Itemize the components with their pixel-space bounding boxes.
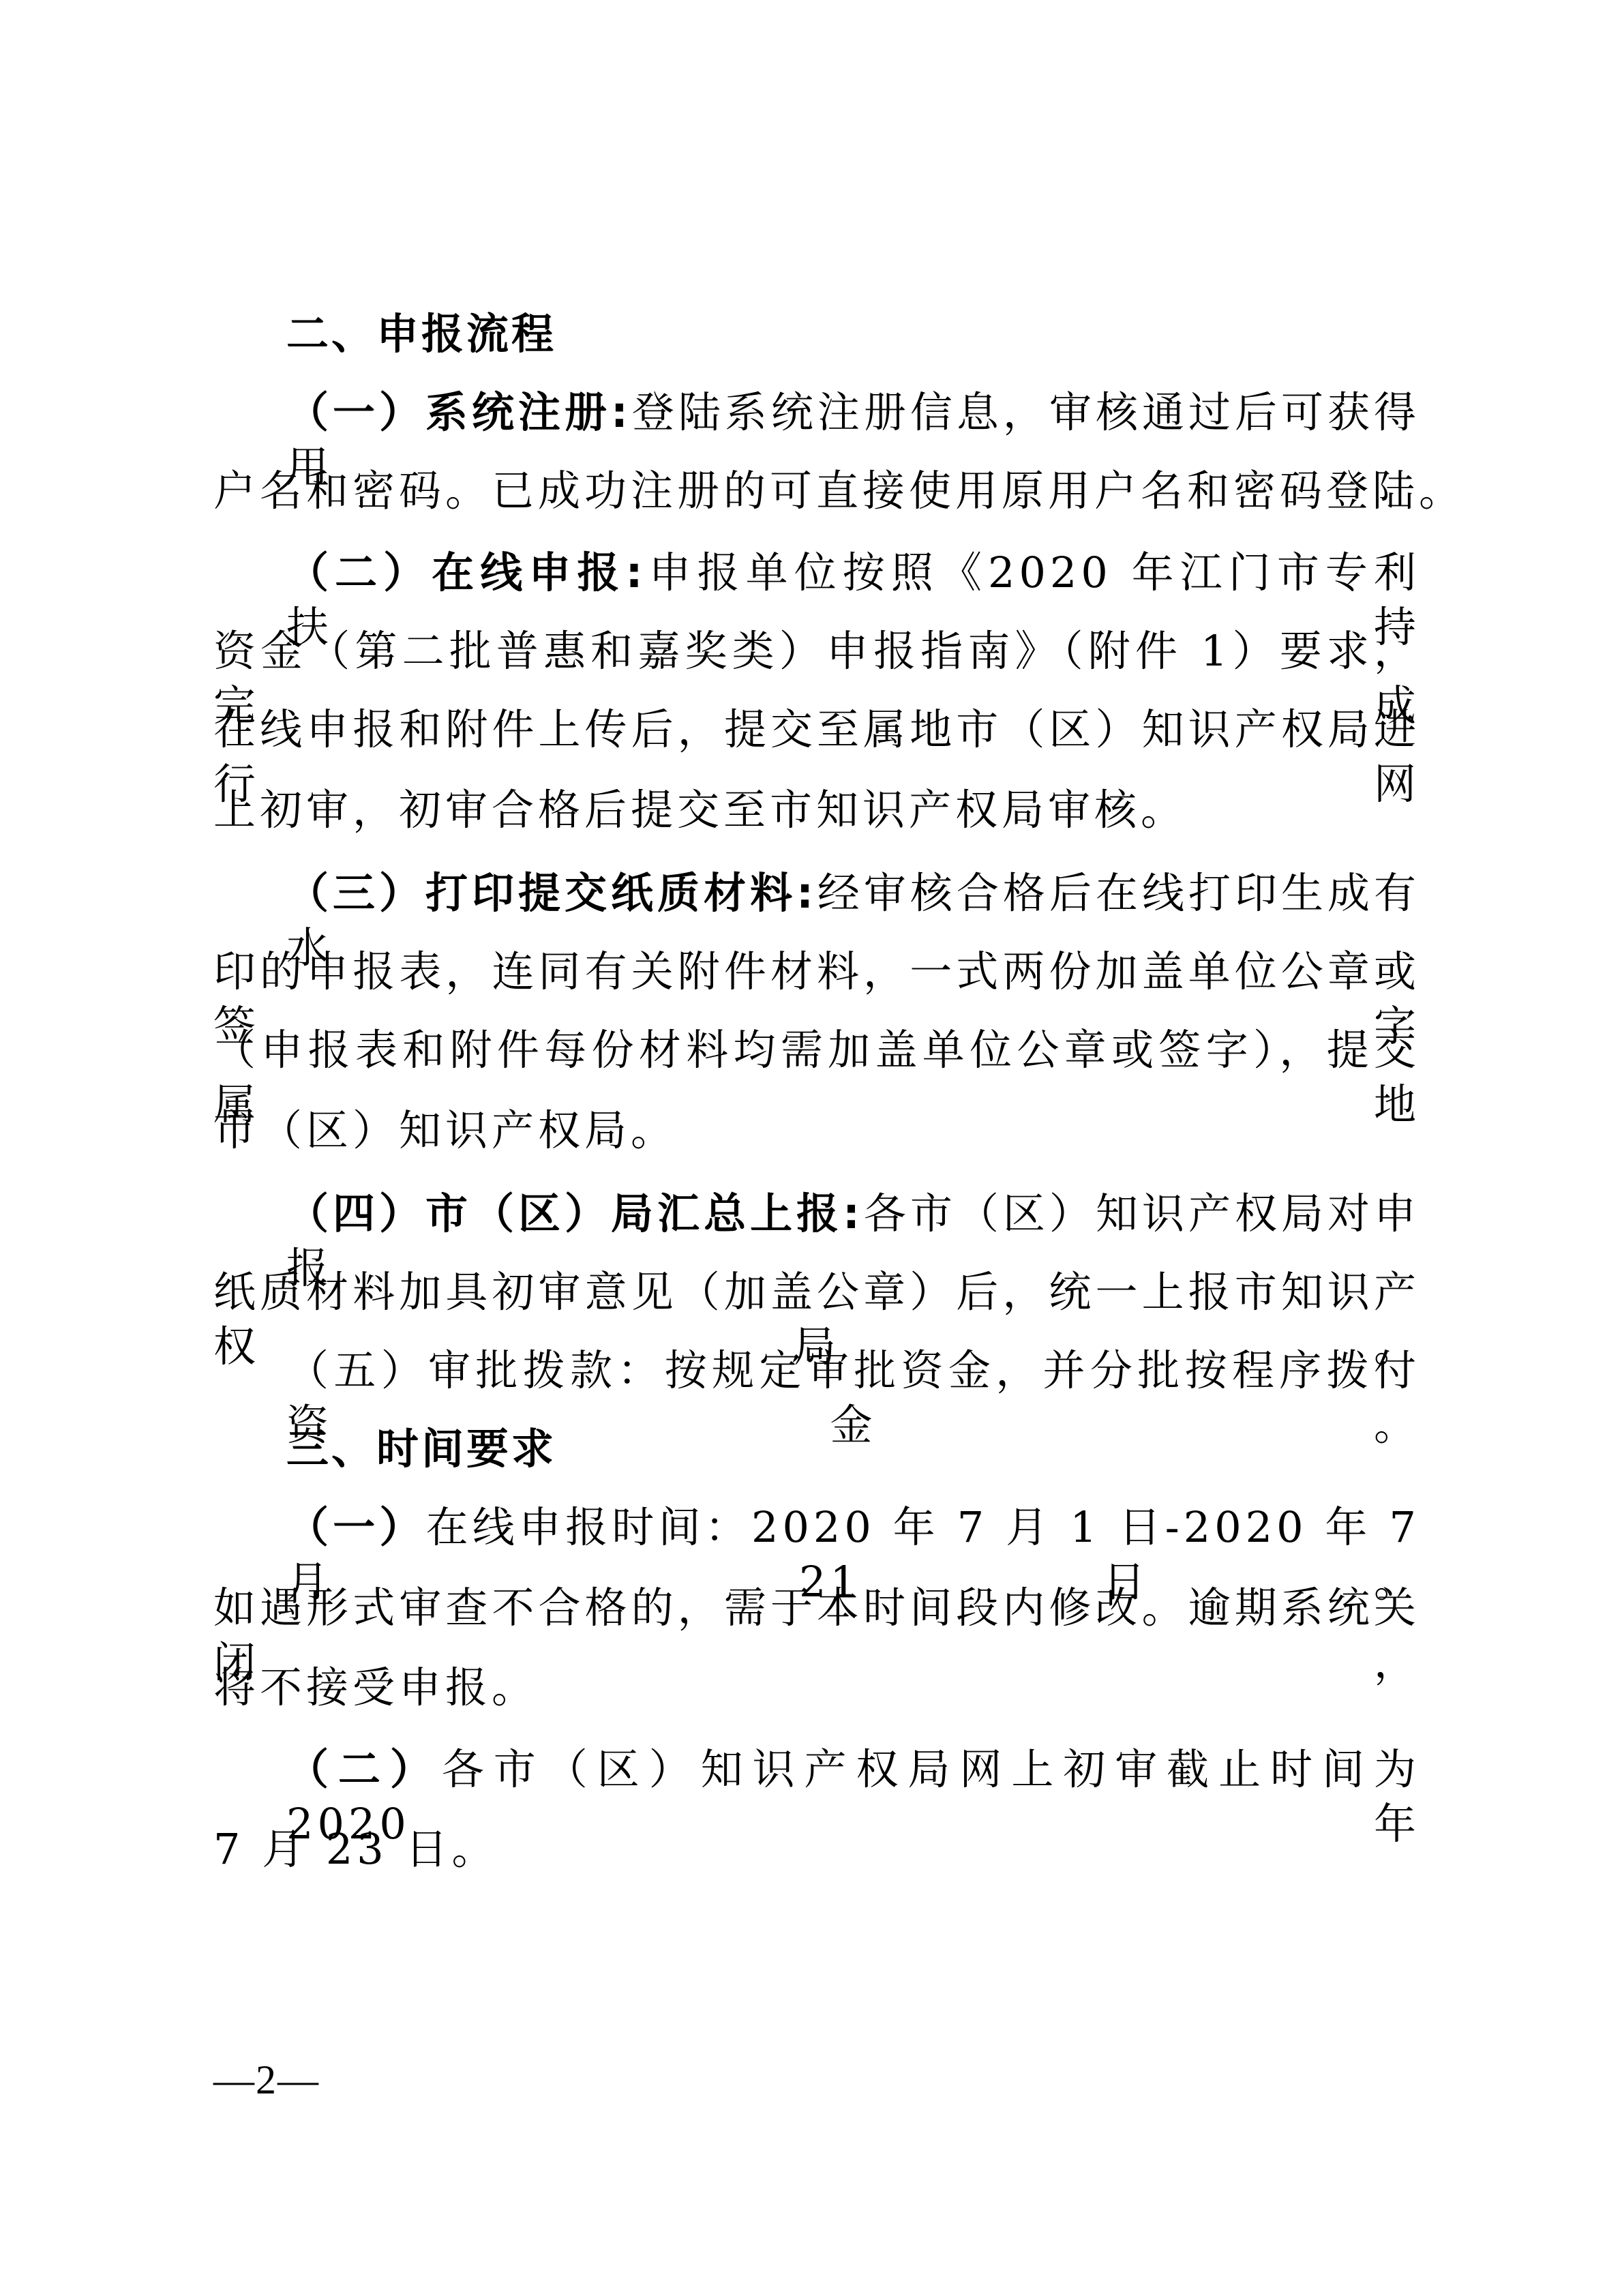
- paragraph-line: 上初审，初审合格后提交至市知识产权局审核。: [213, 783, 1420, 837]
- paragraph-line: 市（区）知识产权局。: [213, 1103, 1420, 1158]
- item-label: （二）: [286, 1744, 442, 1794]
- page-number: —2—: [213, 2053, 320, 2107]
- section-heading-process: 二、申报流程: [286, 307, 1420, 361]
- item-label: （四）市（区）局汇总上报:: [286, 1189, 864, 1238]
- item-label: （二）在线申报:: [286, 548, 646, 597]
- item-label: （三）打印提交纸质材料:: [286, 868, 817, 918]
- item-label: （一）: [286, 1502, 426, 1552]
- paragraph-line: 7 月 23 日。: [213, 1822, 1420, 1877]
- section-heading-timeline: 三、时间要求: [286, 1422, 1420, 1476]
- paragraph-line: 将不接受申报。: [213, 1660, 1420, 1715]
- paragraph-line: 户名和密码。已成功注册的可直接使用原用户名和密码登陆。: [213, 464, 1420, 518]
- item-label: （一）系统注册:: [286, 387, 632, 437]
